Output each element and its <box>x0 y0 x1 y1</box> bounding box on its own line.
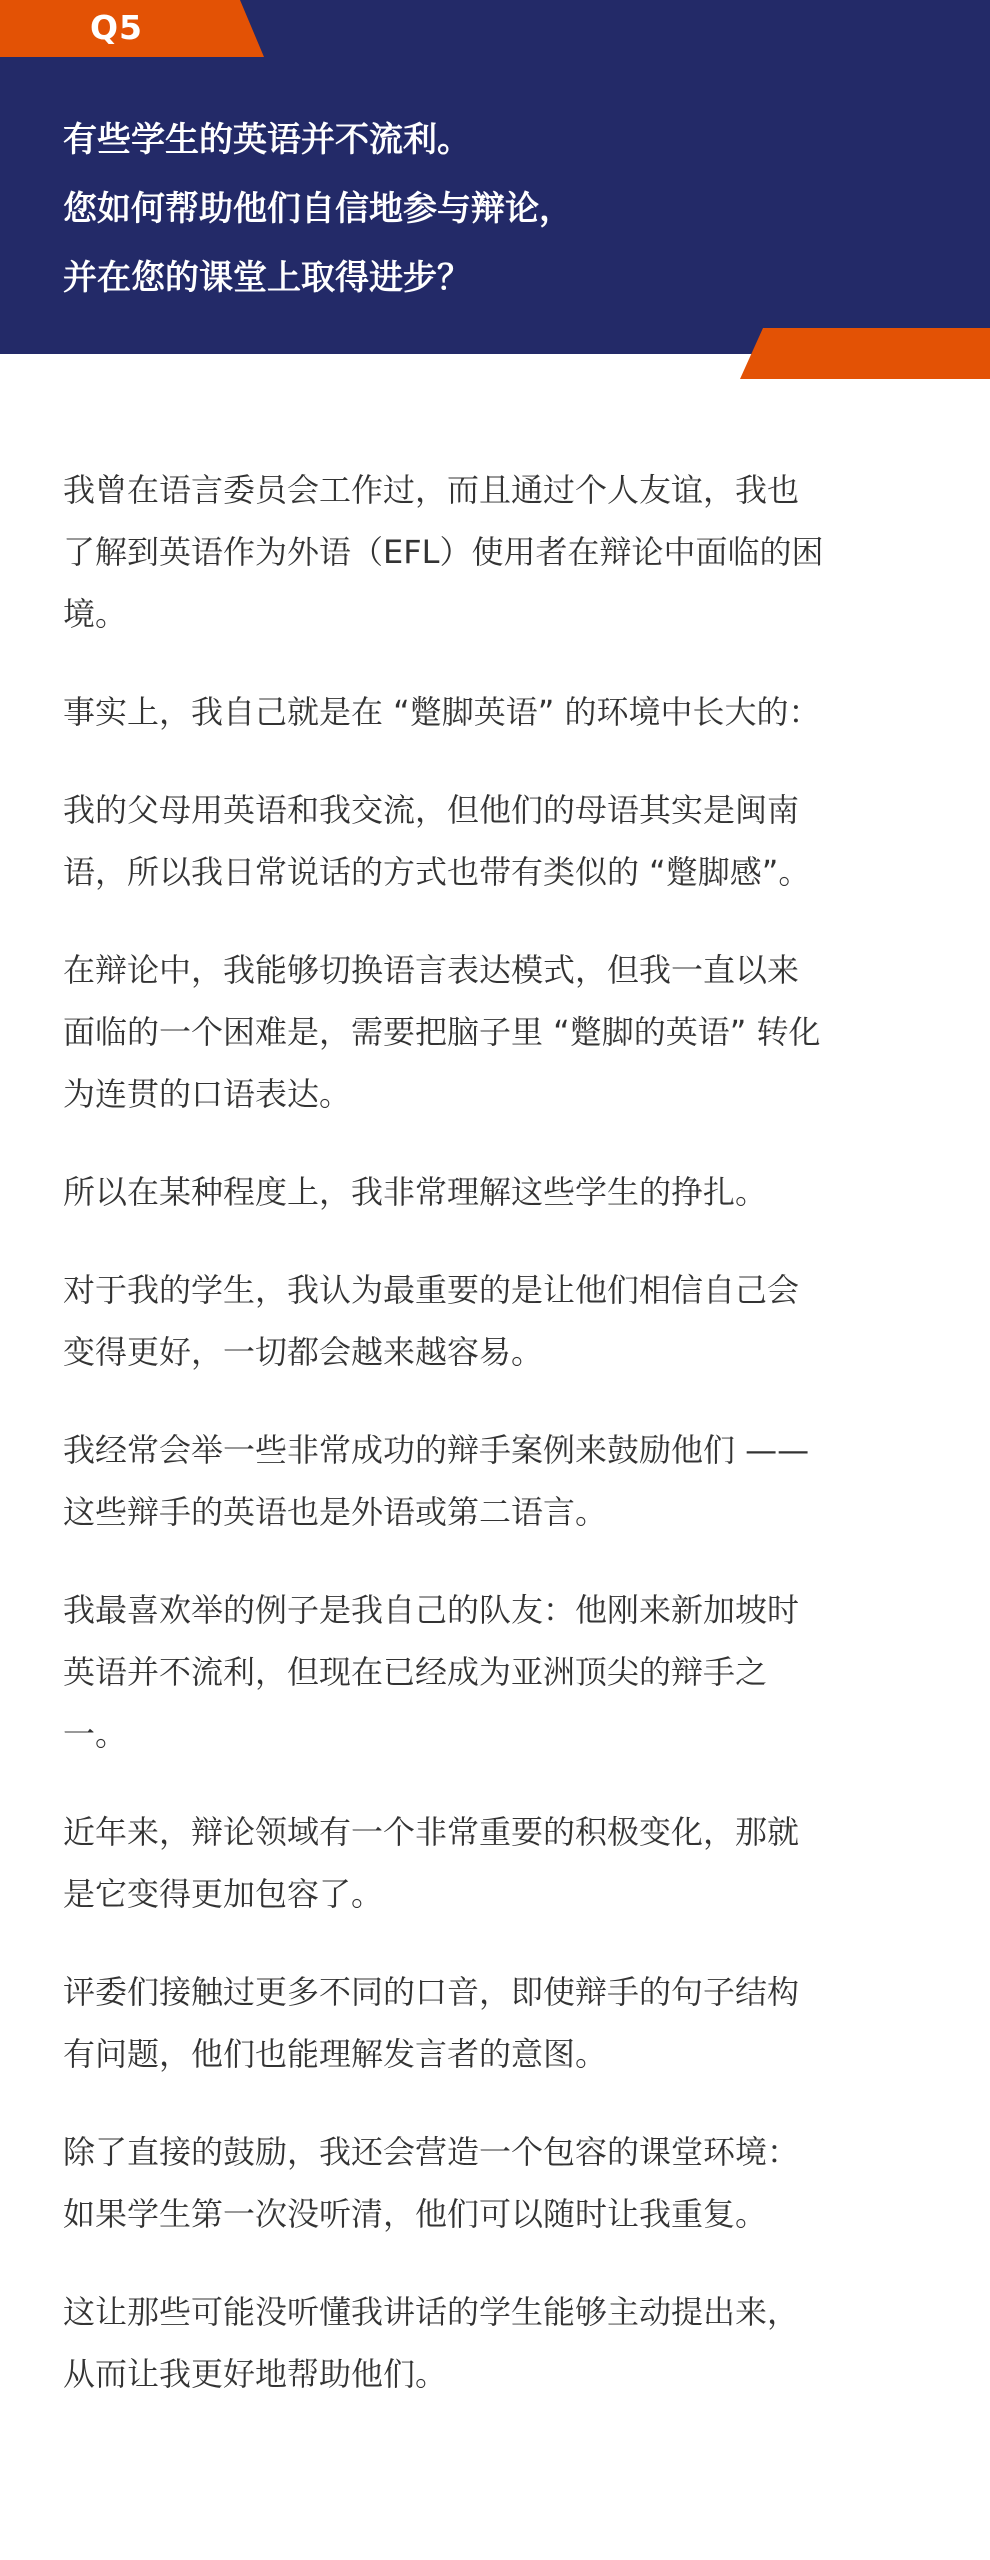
paragraph-line: 所以在某种程度上，我非常理解这些学生的挣扎。 <box>63 1161 935 1223</box>
paragraph-line: 变得更好，一切都会越来越容易。 <box>63 1321 935 1383</box>
paragraph-line: 一。 <box>63 1703 935 1765</box>
question-number-label: Q5 <box>90 8 143 48</box>
paragraph-line: 我经常会举一些非常成功的辩手案例来鼓励他们 —— <box>63 1419 935 1481</box>
answer-paragraph: 近年来，辩论领域有一个非常重要的积极变化，那就 是它变得更加包容了。 <box>63 1801 935 1925</box>
decorative-corner-accent <box>740 328 990 379</box>
paragraph-line: 了解到英语作为外语（EFL）使用者在辩论中面临的困 <box>63 521 935 583</box>
paragraph-line: 我的父母用英语和我交流，但他们的母语其实是闽南 <box>63 779 935 841</box>
answer-body: 我曾在语言委员会工作过，而且通过个人友谊，我也 了解到英语作为外语（EFL）使用… <box>63 459 935 2441</box>
answer-paragraph: 事实上，我自己就是在 “蹩脚英语” 的环境中长大的： <box>63 681 935 743</box>
question-header: Q5 有些学生的英语并不流利。 您如何帮助他们自信地参与辩论， 并在您的课堂上取… <box>0 0 990 354</box>
paragraph-line: 从而让我更好地帮助他们。 <box>63 2343 935 2405</box>
question-title-line: 有些学生的英语并不流利。 <box>63 106 943 175</box>
answer-paragraph: 这让那些可能没听懂我讲话的学生能够主动提出来， 从而让我更好地帮助他们。 <box>63 2281 935 2405</box>
paragraph-line: 这些辩手的英语也是外语或第二语言。 <box>63 1481 935 1543</box>
answer-paragraph: 对于我的学生，我认为最重要的是让他们相信自己会 变得更好，一切都会越来越容易。 <box>63 1259 935 1383</box>
paragraph-line: 如果学生第一次没听清，他们可以随时让我重复。 <box>63 2183 935 2245</box>
paragraph-line: 面临的一个困难是，需要把脑子里 “蹩脚的英语” 转化 <box>63 1001 935 1063</box>
question-title-line: 并在您的课堂上取得进步？ <box>63 244 943 313</box>
question-title: 有些学生的英语并不流利。 您如何帮助他们自信地参与辩论， 并在您的课堂上取得进步… <box>63 106 943 313</box>
paragraph-line: 我曾在语言委员会工作过，而且通过个人友谊，我也 <box>63 459 935 521</box>
paragraph-line: 这让那些可能没听懂我讲话的学生能够主动提出来， <box>63 2281 935 2343</box>
answer-paragraph: 我曾在语言委员会工作过，而且通过个人友谊，我也 了解到英语作为外语（EFL）使用… <box>63 459 935 645</box>
paragraph-line: 是它变得更加包容了。 <box>63 1863 935 1925</box>
paragraph-line: 除了直接的鼓励，我还会营造一个包容的课堂环境： <box>63 2121 935 2183</box>
paragraph-line: 评委们接触过更多不同的口音，即使辩手的句子结构 <box>63 1961 935 2023</box>
paragraph-line: 有问题，他们也能理解发言者的意图。 <box>63 2023 935 2085</box>
paragraph-line: 语，所以我日常说话的方式也带有类似的 “蹩脚感”。 <box>63 841 935 903</box>
paragraph-line: 近年来，辩论领域有一个非常重要的积极变化，那就 <box>63 1801 935 1863</box>
question-title-line: 您如何帮助他们自信地参与辩论， <box>63 175 943 244</box>
paragraph-line: 在辩论中，我能够切换语言表达模式，但我一直以来 <box>63 939 935 1001</box>
answer-paragraph: 除了直接的鼓励，我还会营造一个包容的课堂环境： 如果学生第一次没听清，他们可以随… <box>63 2121 935 2245</box>
answer-paragraph: 评委们接触过更多不同的口音，即使辩手的句子结构 有问题，他们也能理解发言者的意图… <box>63 1961 935 2085</box>
paragraph-line: 境。 <box>63 583 935 645</box>
answer-paragraph: 我的父母用英语和我交流，但他们的母语其实是闽南 语，所以我日常说话的方式也带有类… <box>63 779 935 903</box>
answer-paragraph: 我最喜欢举的例子是我自己的队友：他刚来新加坡时 英语并不流利，但现在已经成为亚洲… <box>63 1579 935 1765</box>
paragraph-line: 为连贯的口语表达。 <box>63 1063 935 1125</box>
paragraph-line: 英语并不流利，但现在已经成为亚洲顶尖的辩手之 <box>63 1641 935 1703</box>
answer-paragraph: 在辩论中，我能够切换语言表达模式，但我一直以来 面临的一个困难是，需要把脑子里 … <box>63 939 935 1125</box>
paragraph-line: 我最喜欢举的例子是我自己的队友：他刚来新加坡时 <box>63 1579 935 1641</box>
answer-paragraph: 我经常会举一些非常成功的辩手案例来鼓励他们 —— 这些辩手的英语也是外语或第二语… <box>63 1419 935 1543</box>
paragraph-line: 事实上，我自己就是在 “蹩脚英语” 的环境中长大的： <box>63 681 935 743</box>
paragraph-line: 对于我的学生，我认为最重要的是让他们相信自己会 <box>63 1259 935 1321</box>
answer-paragraph: 所以在某种程度上，我非常理解这些学生的挣扎。 <box>63 1161 935 1223</box>
